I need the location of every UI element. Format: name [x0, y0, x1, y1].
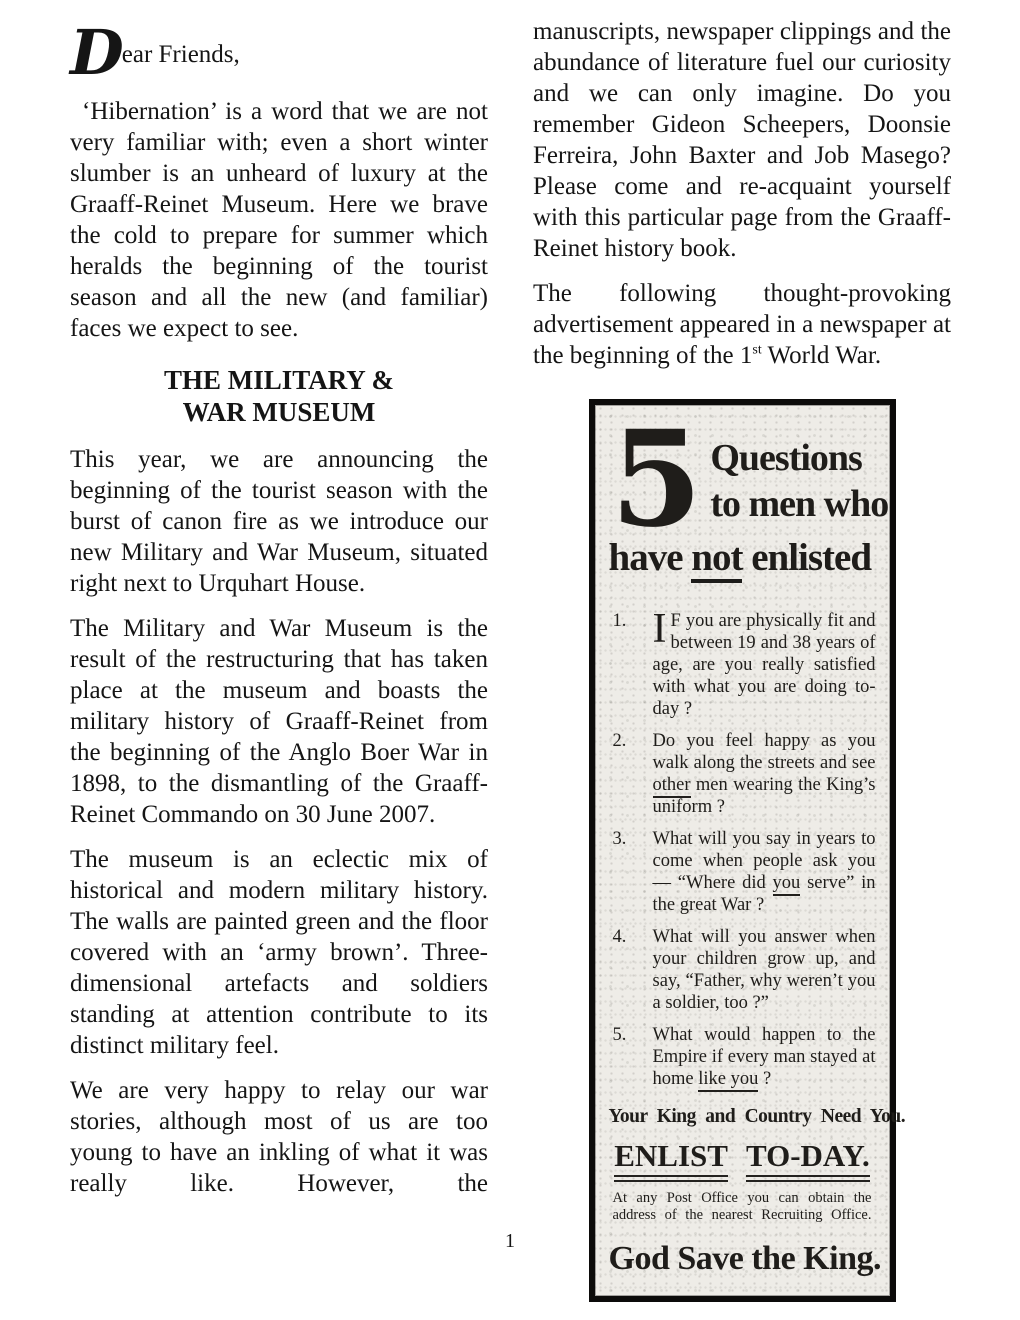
- left-column: Dear Friends, ‘Hibernation’ is a word th…: [70, 28, 488, 1213]
- ad-question-3-text: What will you say in years to come when …: [653, 828, 876, 916]
- salutation-text: ear Friends,: [122, 41, 240, 68]
- ad-question-4: 4. What will you answer when your childr…: [609, 926, 876, 1014]
- paragraph-this-year: This year, we are announcing the beginni…: [70, 444, 488, 599]
- drop-cap-d: D: [70, 16, 122, 89]
- ad-enlist-today-line: ENLISTTO-DAY.: [609, 1138, 876, 1174]
- ad-question-list: 1. IF you are physically fit and between…: [609, 610, 876, 1090]
- ad-question-2-number: 2.: [609, 730, 653, 818]
- paragraph-hibernation: ‘Hibernation’ is a word that we are not …: [70, 96, 488, 344]
- ad-title-lines: Questions to men who: [710, 427, 888, 527]
- paragraph-restructuring: The Military and War Museum is the resul…: [70, 613, 488, 830]
- ad-big-number-5: 5: [611, 429, 703, 531]
- heading-line-2: WAR MUSEUM: [70, 396, 488, 428]
- paragraph-advertisement-intro: The following thought-provoking advertis…: [533, 278, 951, 371]
- ad-question-3-number: 3.: [609, 828, 653, 916]
- ad-title3-underlined-not: not: [691, 536, 742, 583]
- ad-king-country-line: Your King and Country Need You.: [609, 1106, 876, 1128]
- advert-intro-text-end: World War.: [762, 342, 881, 369]
- ad-enlist-word: ENLIST: [614, 1138, 728, 1182]
- ad-title3-pre: have: [609, 536, 692, 579]
- right-column: manuscripts, newspaper clippings and the…: [533, 16, 951, 1302]
- ad-question-5-number: 5.: [609, 1024, 653, 1090]
- ad-question-3: 3. What will you say in years to come wh…: [609, 828, 876, 916]
- ad-post-office-note: At any Post Office you can obtain the ad…: [613, 1190, 872, 1224]
- page-number: 1: [0, 1230, 1020, 1253]
- ad-question-1-number: 1.: [609, 610, 653, 720]
- ad-title-line-2: to men who: [710, 481, 888, 527]
- ad-title-row: 5 Questions to men who: [609, 427, 876, 531]
- paragraph-eclectic-mix: The museum is an eclectic mix of histori…: [70, 844, 488, 1061]
- ad-title3-post: enlisted: [742, 536, 871, 579]
- ad-question-2-text: Do you feel happy as you walk along the …: [653, 730, 876, 818]
- salutation: Dear Friends,: [70, 28, 488, 90]
- ad-question-1-text: IF you are physically fit and between 19…: [653, 610, 876, 720]
- newsletter-page: Dear Friends, ‘Hibernation’ is a word th…: [0, 0, 1020, 1320]
- ad-question-5: 5. What would happen to the Empire if ev…: [609, 1024, 876, 1090]
- section-heading-military-war-museum: THE MILITARY & WAR MUSEUM: [70, 364, 488, 428]
- advert-intro-text: The following thought-provoking advertis…: [533, 280, 951, 369]
- paragraph-war-stories: We are very happy to relay our war stori…: [70, 1075, 488, 1199]
- ad-question-4-number: 4.: [609, 926, 653, 1014]
- ad-question-4-text: What will you answer when your children …: [653, 926, 876, 1014]
- ad-today-word: TO-DAY.: [746, 1138, 870, 1182]
- ad-question-1: 1. IF you are physically fit and between…: [609, 610, 876, 720]
- ad-question-1-dropcap-i: I: [653, 611, 667, 648]
- ad-question-5-text: What would happen to the Empire if every…: [653, 1024, 876, 1090]
- recruitment-advertisement: 5 Questions to men who have not enlisted…: [589, 399, 896, 1302]
- ad-title-line-3: have not enlisted: [609, 535, 876, 580]
- heading-line-1: THE MILITARY &: [70, 364, 488, 396]
- ad-question-2: 2. Do you feel happy as you walk along t…: [609, 730, 876, 818]
- ad-title-line-1: Questions: [710, 435, 888, 481]
- paragraph-manuscripts: manuscripts, newspaper clippings and the…: [533, 16, 951, 264]
- ordinal-superscript: st: [752, 343, 761, 358]
